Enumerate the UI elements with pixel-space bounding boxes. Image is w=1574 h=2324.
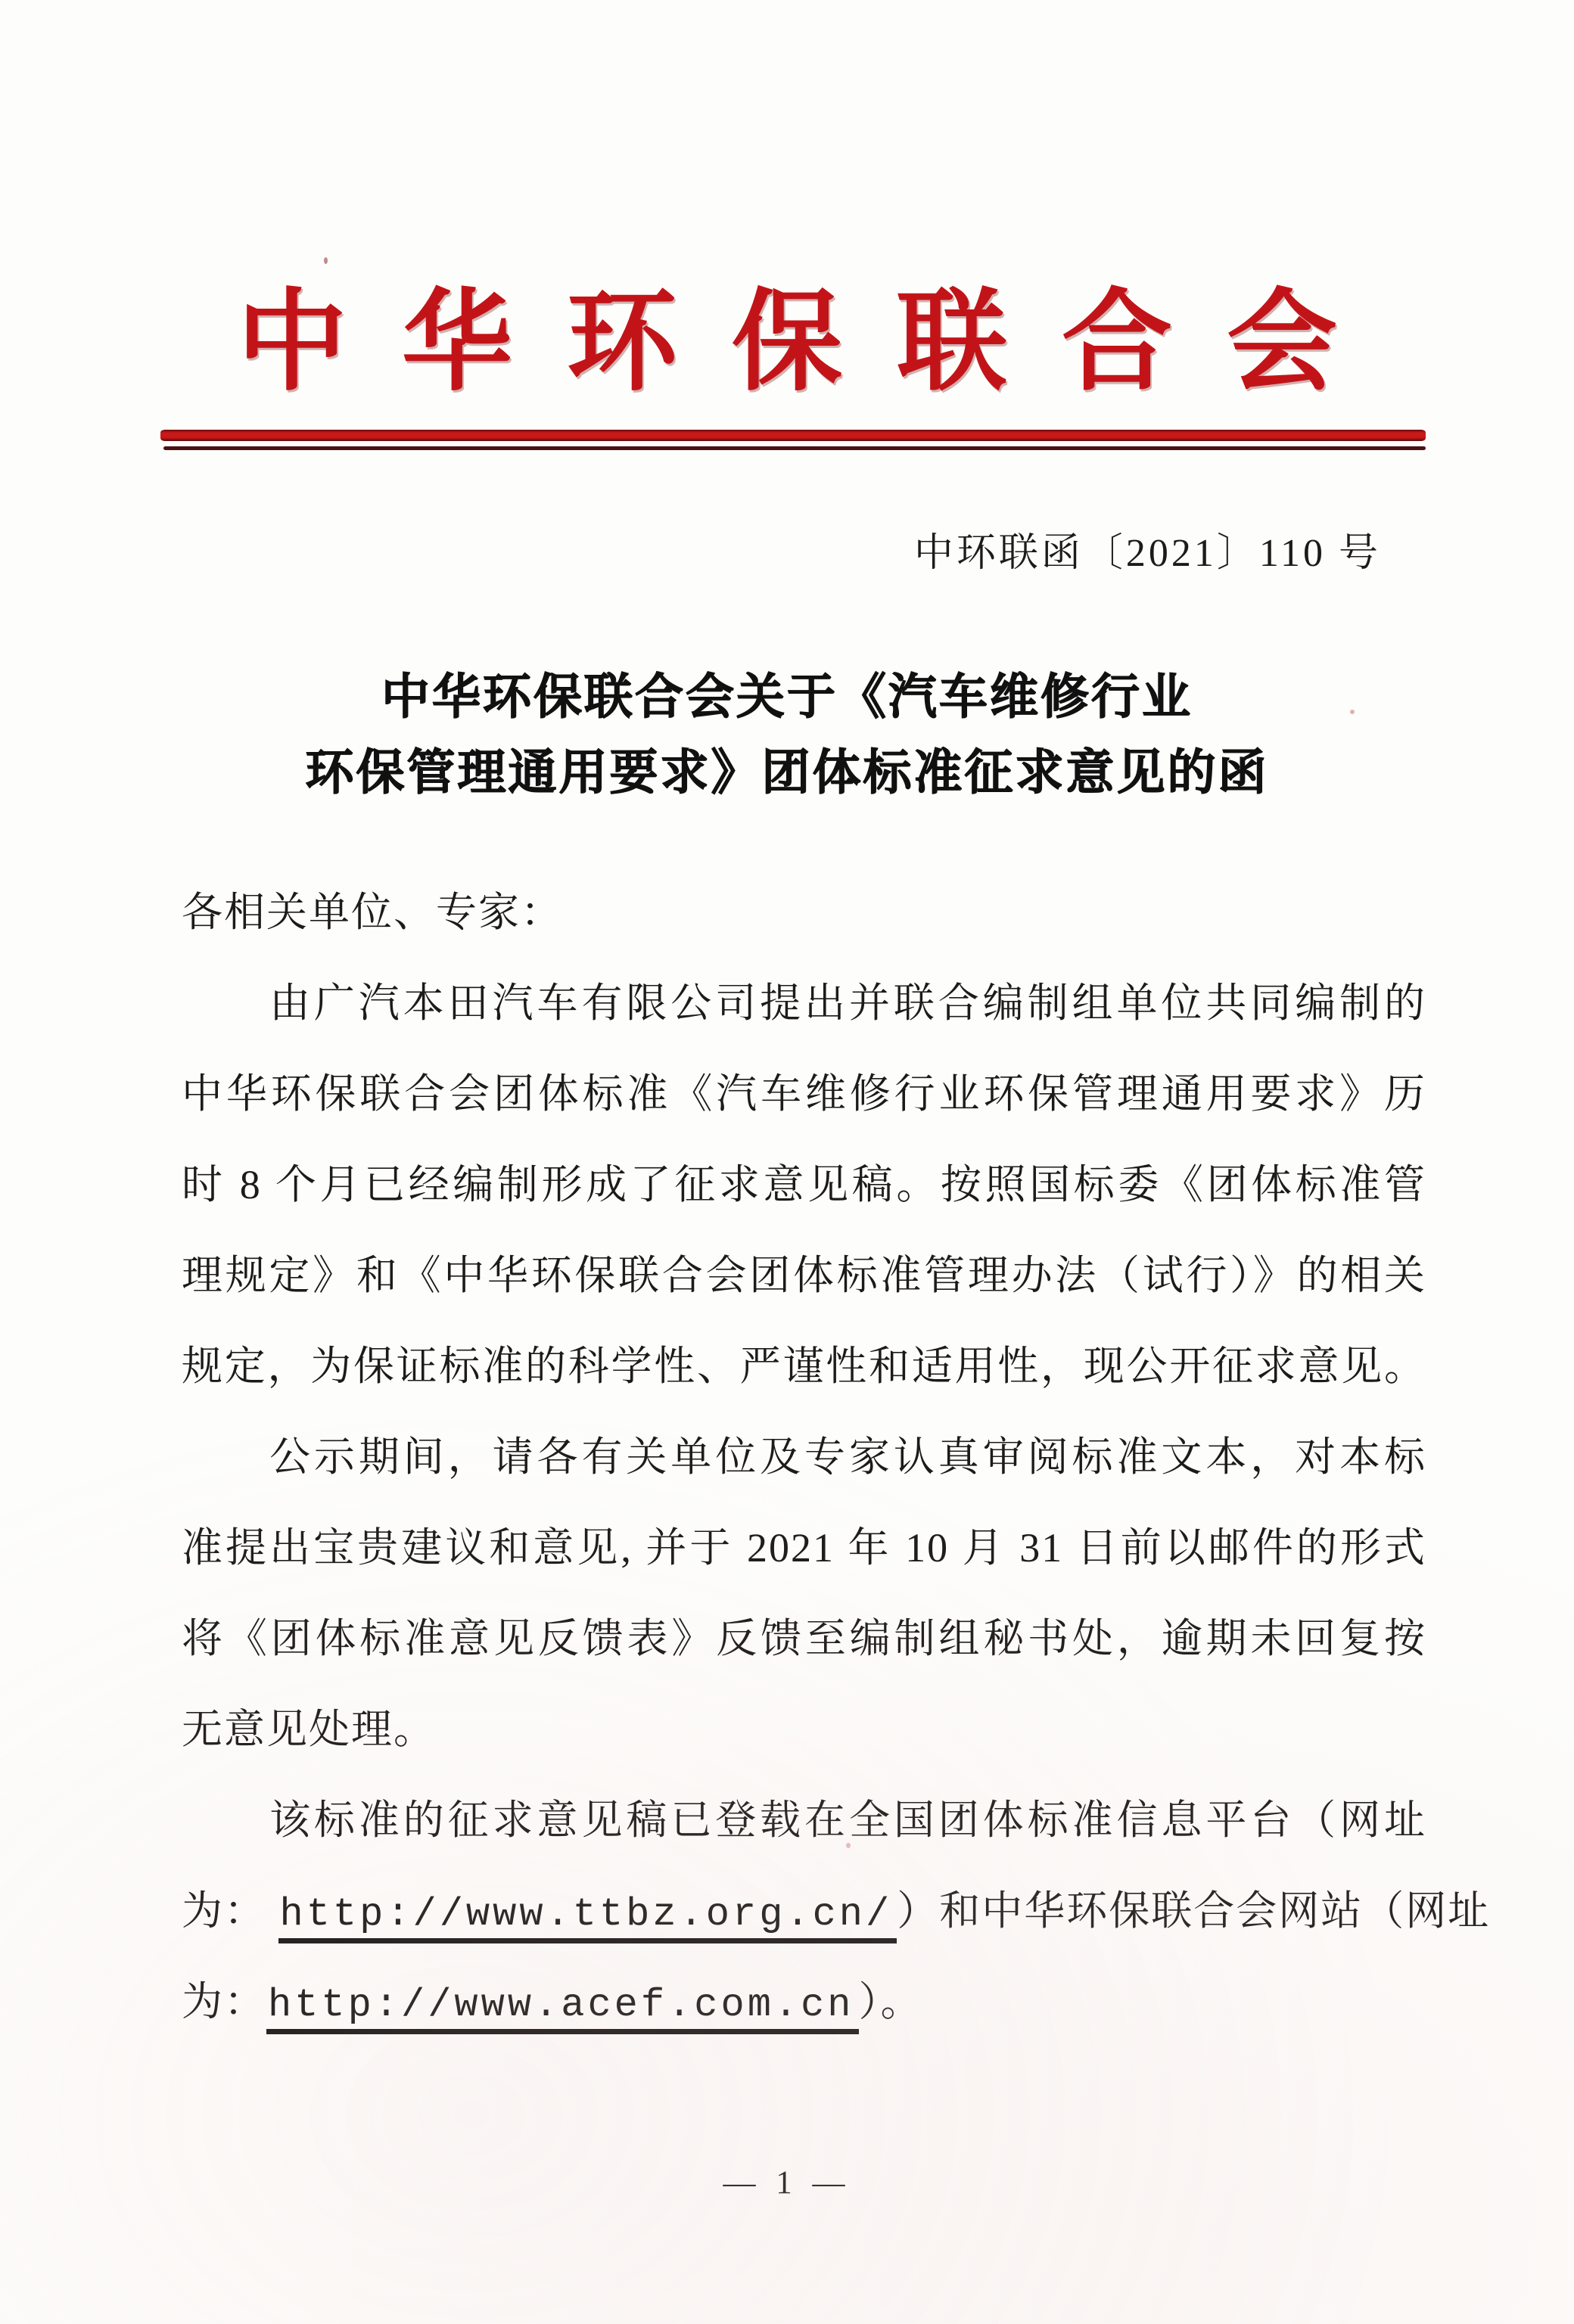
scanned-letter-page: 中华环保联合会 中环联函〔2021〕110 号 中华环保联合会关于《汽车维修行业…	[0, 0, 1574, 2324]
body-line: 理规定》和《中华环保联合会团体标准管理办法（试行）》的相关	[182, 1230, 1426, 1321]
body-line: 公示期间，请各有关单位及专家认真审阅标准文本，对本标	[182, 1412, 1426, 1502]
letterhead-rule-thick	[160, 430, 1426, 441]
body-line: 将《团体标准意见反馈表》反馈至编制组秘书处，逾期未回复按	[182, 1593, 1426, 1684]
body-line: 无意见处理。	[182, 1684, 1426, 1775]
url-line-suffix: ）和中华环保联合会网站（网址	[897, 1888, 1490, 1934]
url-line-prefix: 为：	[182, 1888, 278, 1934]
body-line: 由广汽本田汽车有限公司提出并联合编制组单位共同编制的	[182, 958, 1426, 1049]
scan-speckle	[324, 257, 328, 264]
url-ttbz: http://www.ttbz.org.cn/	[278, 1892, 897, 1943]
document-title: 中华环保联合会关于《汽车维修行业 环保管理通用要求》团体标准征求意见的函	[0, 660, 1574, 811]
page-number: — 1 —	[0, 2162, 1574, 2204]
doc-number: 中环联函〔2021〕110 号	[914, 531, 1381, 576]
letterhead-org-name: 中华环保联合会	[0, 281, 1574, 404]
url-line-prefix: 为：	[182, 1979, 266, 2024]
salutation: 各相关单位、专家：	[182, 867, 1426, 958]
document-title-line2: 环保管理通用要求》团体标准征求意见的函	[0, 735, 1574, 811]
body-line: 规定，为保证标准的科学性、严谨性和适用性，现公开征求意见。	[182, 1321, 1426, 1412]
document-title-line1: 中华环保联合会关于《汽车维修行业	[0, 660, 1574, 735]
url-acef: http://www.acef.com.cn	[266, 1983, 859, 2034]
body-line: 中华环保联合会团体标准《汽车维修行业环保管理通用要求》历	[182, 1049, 1426, 1139]
body-line: 该标准的征求意见稿已登载在全国团体标准信息平台（网址	[182, 1775, 1426, 1866]
letter-body: 各相关单位、专家： 由广汽本田汽车有限公司提出并联合编制组单位共同编制的 中华环…	[182, 867, 1426, 2047]
url-line-suffix: ）。	[859, 1979, 923, 2024]
body-line: 时 8 个月已经编制形成了征求意见稿。按照国标委《团体标准管	[182, 1139, 1426, 1230]
body-line-with-url: 为：http://www.acef.com.cn）。	[182, 1956, 1426, 2047]
body-line: 准提出宝贵建议和意见, 并于 2021 年 10 月 31 日前以邮件的形式	[182, 1502, 1426, 1593]
letterhead-rule-thin	[163, 446, 1426, 450]
body-line-with-url: 为： http://www.ttbz.org.cn/）和中华环保联合会网站（网址	[182, 1866, 1426, 1956]
